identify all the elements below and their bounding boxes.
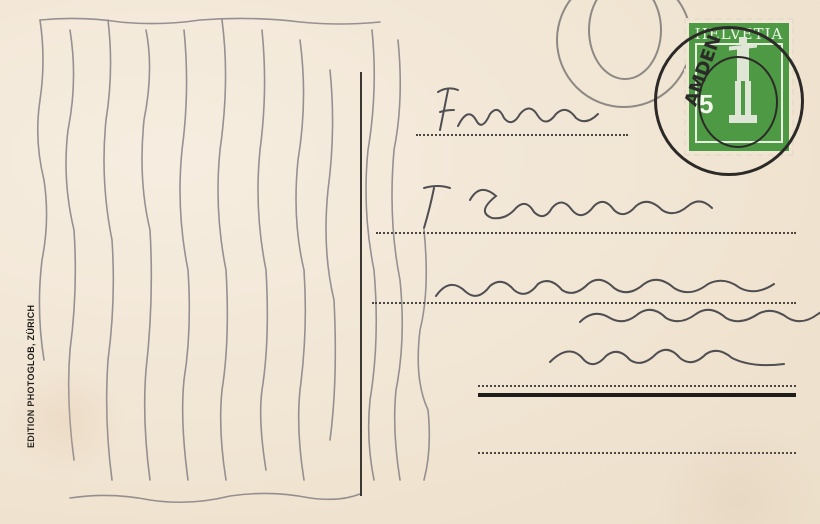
publisher-imprint: EDITION PHOTOGLOB, ZÜRICH bbox=[26, 305, 36, 448]
address-line-3 bbox=[372, 302, 796, 304]
address-line-1 bbox=[416, 134, 628, 136]
postcard-back: EDITION PHOTOGLOB, ZÜRICH HELVETIA 5 AMD… bbox=[0, 0, 820, 524]
address-underline-bold bbox=[478, 393, 796, 397]
message-address-divider bbox=[360, 72, 362, 496]
address-line-4 bbox=[478, 385, 796, 387]
address-line-2 bbox=[376, 232, 796, 234]
address-line-5 bbox=[478, 452, 796, 454]
